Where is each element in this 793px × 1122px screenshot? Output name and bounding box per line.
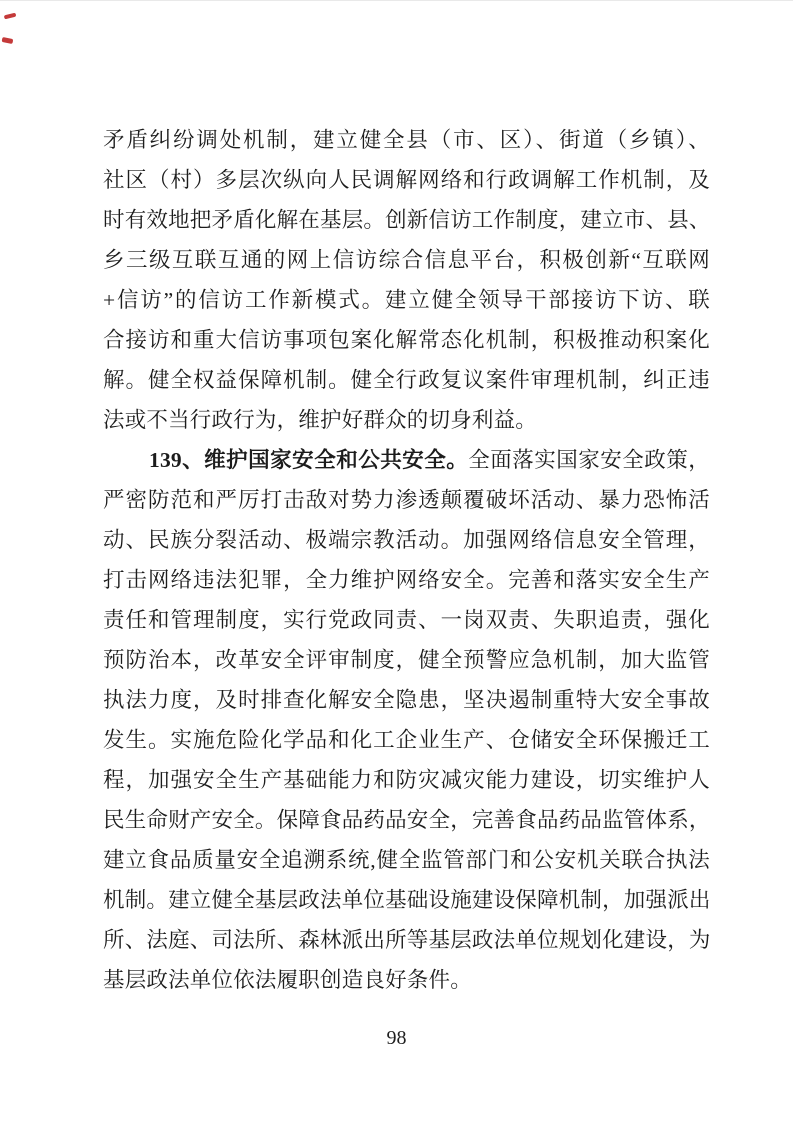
text-line: 动、民族分裂活动、极端宗教活动。加强网络信息安全管理，	[103, 520, 710, 560]
text-line: 执法力度，及时排查化解安全隐患，坚决遏制重特大安全事故	[103, 680, 710, 720]
text-line: 乡三级互联互通的网上信访综合信息平台，积极创新“互联网	[103, 240, 710, 280]
document-body: 矛盾纠纷调处机制，建立健全县（市、区）、街道（乡镇）、 社区（村）多层次纵向人民…	[103, 120, 710, 1000]
text-line: 建立食品质量安全追溯系统,健全监管部门和公安机关联合执法	[103, 840, 710, 880]
section-heading: 139、维护国家安全和公共安全。	[149, 448, 468, 472]
text-line: 严密防范和严厉打击敌对势力渗透颠覆破坏活动、暴力恐怖活	[103, 480, 710, 520]
section-lead-text: 全面落实国家安全政策，	[468, 448, 710, 472]
text-line: +信访”的信访工作新模式。建立健全领导干部接访下访、联	[103, 280, 710, 320]
text-line: 基层政法单位依法履职创造良好条件。	[103, 960, 710, 1000]
text-line: 社区（村）多层次纵向人民调解网络和行政调解工作机制，及	[103, 160, 710, 200]
text-line: 发生。实施危险化学品和化工企业生产、仓储安全环保搬迁工	[103, 720, 710, 760]
text-line: 所、法庭、司法所、森林派出所等基层政法单位规划化建设，为	[103, 920, 710, 960]
text-line: 解。健全权益保障机制。健全行政复议案件审理机制，纠正违	[103, 360, 710, 400]
document-page: { "page": { "number": "98", "background"…	[0, 0, 793, 1122]
text-line: 预防治本，改革安全评审制度，健全预警应急机制，加大监管	[103, 640, 710, 680]
text-line: 程，加强安全生产基础能力和防灾减灾能力建设，切实维护人	[103, 760, 710, 800]
text-line: 时有效地把矛盾化解在基层。创新信访工作制度，建立市、县、	[103, 200, 710, 240]
text-line: 责任和管理制度，实行党政同责、一岗双责、失职追责，强化	[103, 600, 710, 640]
text-line: 机制。建立健全基层政法单位基础设施建设保障机制，加强派出	[103, 880, 710, 920]
page-number: 98	[0, 1027, 793, 1050]
text-line: 法或不当行政行为，维护好群众的切身利益。	[103, 400, 710, 440]
text-line: 民生命财产安全。保障食品药品安全，完善食品药品监管体系，	[103, 800, 710, 840]
text-line: 139、维护国家安全和公共安全。全面落实国家安全政策，	[103, 440, 710, 480]
red-pen-mark	[2, 37, 14, 44]
text-line: 合接访和重大信访事项包案化解常态化机制，积极推动积案化	[103, 320, 710, 360]
red-pen-mark	[4, 13, 16, 19]
text-line: 矛盾纠纷调处机制，建立健全县（市、区）、街道（乡镇）、	[103, 120, 710, 160]
text-line: 打击网络违法犯罪，全力维护网络安全。完善和落实安全生产	[103, 560, 710, 600]
